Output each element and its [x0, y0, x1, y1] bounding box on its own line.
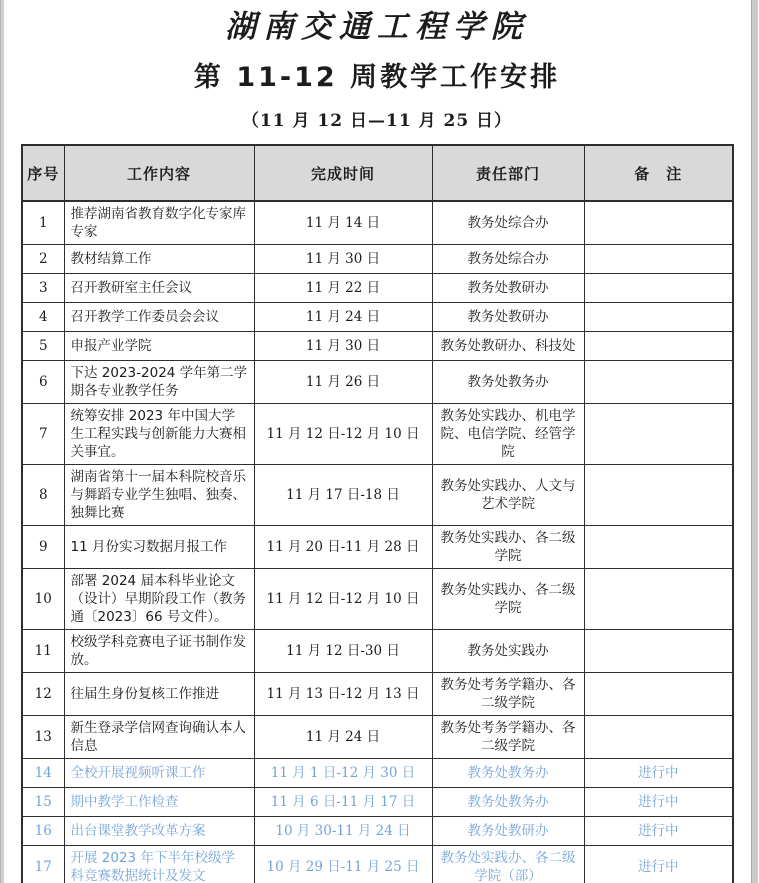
cell-content: 11 月份实习数据月报工作	[64, 526, 254, 569]
cell-content: 全校开展视频听课工作	[64, 759, 254, 788]
cell-content: 申报产业学院	[64, 332, 254, 361]
cell-no: 3	[22, 274, 64, 303]
school-name: 湖南交通工程学院	[4, 10, 750, 46]
cell-remark: 进行中	[584, 846, 733, 883]
cell-remark: 进行中	[584, 788, 733, 817]
table-row: 2 教材结算工作 11 月 30 日 教务处综合办	[22, 245, 733, 274]
cell-dept: 教务处实践办、各二级学院（部）	[432, 846, 584, 883]
cell-content: 部署 2024 届本科毕业论文（设计）早期阶段工作（教务通〔2023〕66 号文…	[64, 569, 254, 630]
cell-remark	[584, 274, 733, 303]
cell-remark	[584, 201, 733, 245]
table-header-row: 序号 工作内容 完成时间 责任部门 备 注	[22, 145, 733, 201]
cell-no: 14	[22, 759, 64, 788]
table-row: 11 校级学科竞赛电子证书制作发放。 11 月 12 日-30 日 教务处实践办	[22, 630, 733, 673]
cell-remark	[584, 630, 733, 673]
cell-time: 11 月 30 日	[254, 332, 432, 361]
cell-remark	[584, 569, 733, 630]
cell-time: 11 月 24 日	[254, 716, 432, 759]
table-row: 3 召开教研室主任会议 11 月 22 日 教务处教研办	[22, 274, 733, 303]
col-header-no: 序号	[22, 145, 64, 201]
cell-remark	[584, 465, 733, 526]
table-row: 17 开展 2023 年下半年校级学科竞赛数据统计及发文 10 月 29 日-1…	[22, 846, 733, 883]
cell-content: 出台课堂教学改革方案	[64, 817, 254, 846]
col-header-remark: 备 注	[584, 145, 733, 201]
cell-dept: 教务处教务办	[432, 759, 584, 788]
cell-no: 12	[22, 673, 64, 716]
cell-time: 11 月 12 日-12 月 10 日	[254, 404, 432, 465]
cell-no: 15	[22, 788, 64, 817]
cell-time: 10 月 30-11 月 24 日	[254, 817, 432, 846]
cell-no: 5	[22, 332, 64, 361]
cell-dept: 教务处实践办、机电学院、电信学院、经管学院	[432, 404, 584, 465]
document-page: 湖南交通工程学院 第 11-12 周教学工作安排 （11 月 12 日—11 月…	[4, 0, 750, 883]
cell-time: 11 月 12 日-12 月 10 日	[254, 569, 432, 630]
table-row: 10 部署 2024 届本科毕业论文（设计）早期阶段工作（教务通〔2023〕66…	[22, 569, 733, 630]
cell-content: 教材结算工作	[64, 245, 254, 274]
cell-dept: 教务处综合办	[432, 245, 584, 274]
cell-content: 往届生身份复核工作推进	[64, 673, 254, 716]
cell-dept: 教务处考务学籍办、各二级学院	[432, 716, 584, 759]
cell-dept: 教务处教研办	[432, 817, 584, 846]
cell-no: 9	[22, 526, 64, 569]
cell-dept: 教务处实践办、各二级学院	[432, 526, 584, 569]
cell-content: 开展 2023 年下半年校级学科竞赛数据统计及发文	[64, 846, 254, 883]
page-edge-right	[751, 0, 758, 883]
cell-time: 11 月 12 日-30 日	[254, 630, 432, 673]
table-row: 8 湖南省第十一届本科院校音乐与舞蹈专业学生独唱、独奏、独舞比赛 11 月 17…	[22, 465, 733, 526]
cell-no: 6	[22, 361, 64, 404]
table-row: 12 往届生身份复核工作推进 11 月 13 日-12 月 13 日 教务处考务…	[22, 673, 733, 716]
table-row: 7 统筹安排 2023 年中国大学生工程实践与创新能力大赛相关事宜。 11 月 …	[22, 404, 733, 465]
cell-time: 11 月 30 日	[254, 245, 432, 274]
cell-remark	[584, 716, 733, 759]
cell-time: 10 月 29 日-11 月 25 日	[254, 846, 432, 883]
cell-remark: 进行中	[584, 817, 733, 846]
cell-remark	[584, 526, 733, 569]
cell-no: 16	[22, 817, 64, 846]
cell-dept: 教务处实践办、各二级学院	[432, 569, 584, 630]
cell-content: 统筹安排 2023 年中国大学生工程实践与创新能力大赛相关事宜。	[64, 404, 254, 465]
cell-no: 17	[22, 846, 64, 883]
cell-dept: 教务处教研办	[432, 274, 584, 303]
cell-content: 召开教研室主任会议	[64, 274, 254, 303]
cell-time: 11 月 1 日-12 月 30 日	[254, 759, 432, 788]
cell-time: 11 月 26 日	[254, 361, 432, 404]
cell-content: 湖南省第十一届本科院校音乐与舞蹈专业学生独唱、独奏、独舞比赛	[64, 465, 254, 526]
cell-no: 11	[22, 630, 64, 673]
table-row: 15 期中教学工作检查 11 月 6 日-11 月 17 日 教务处教务办 进行…	[22, 788, 733, 817]
table-row: 16 出台课堂教学改革方案 10 月 30-11 月 24 日 教务处教研办 进…	[22, 817, 733, 846]
cell-remark	[584, 332, 733, 361]
table-row: 5 申报产业学院 11 月 30 日 教务处教研办、科技处	[22, 332, 733, 361]
table-row: 14 全校开展视频听课工作 11 月 1 日-12 月 30 日 教务处教务办 …	[22, 759, 733, 788]
table-row: 1 推荐湖南省教育数字化专家库专家 11 月 14 日 教务处综合办	[22, 201, 733, 245]
cell-no: 13	[22, 716, 64, 759]
page-title: 第 11-12 周教学工作安排	[4, 62, 750, 94]
table-row: 6 下达 2023-2024 学年第二学期各专业教学任务 11 月 26 日 教…	[22, 361, 733, 404]
table-row: 4 召开教学工作委员会会议 11 月 24 日 教务处教研办	[22, 303, 733, 332]
cell-no: 7	[22, 404, 64, 465]
cell-dept: 教务处教务办	[432, 361, 584, 404]
cell-remark	[584, 245, 733, 274]
cell-dept: 教务处综合办	[432, 201, 584, 245]
cell-no: 8	[22, 465, 64, 526]
cell-content: 下达 2023-2024 学年第二学期各专业教学任务	[64, 361, 254, 404]
col-header-content: 工作内容	[64, 145, 254, 201]
cell-remark	[584, 303, 733, 332]
cell-time: 11 月 13 日-12 月 13 日	[254, 673, 432, 716]
cell-remark	[584, 404, 733, 465]
date-range: （11 月 12 日—11 月 25 日）	[4, 106, 750, 131]
cell-dept: 教务处教研办、科技处	[432, 332, 584, 361]
cell-time: 11 月 6 日-11 月 17 日	[254, 788, 432, 817]
cell-time: 11 月 22 日	[254, 274, 432, 303]
cell-no: 4	[22, 303, 64, 332]
cell-time: 11 月 14 日	[254, 201, 432, 245]
cell-time: 11 月 24 日	[254, 303, 432, 332]
cell-remark	[584, 361, 733, 404]
document-header: 湖南交通工程学院 第 11-12 周教学工作安排 （11 月 12 日—11 月…	[4, 10, 750, 131]
col-header-dept: 责任部门	[432, 145, 584, 201]
cell-dept: 教务处实践办	[432, 630, 584, 673]
col-header-time: 完成时间	[254, 145, 432, 201]
cell-no: 1	[22, 201, 64, 245]
cell-remark: 进行中	[584, 759, 733, 788]
cell-no: 10	[22, 569, 64, 630]
cell-time: 11 月 20 日-11 月 28 日	[254, 526, 432, 569]
table-row: 13 新生登录学信网查询确认本人信息 11 月 24 日 教务处考务学籍办、各二…	[22, 716, 733, 759]
cell-remark	[584, 673, 733, 716]
cell-no: 2	[22, 245, 64, 274]
cell-content: 期中教学工作检查	[64, 788, 254, 817]
cell-dept: 教务处考务学籍办、各二级学院	[432, 673, 584, 716]
cell-dept: 教务处实践办、人文与艺术学院	[432, 465, 584, 526]
cell-content: 新生登录学信网查询确认本人信息	[64, 716, 254, 759]
cell-dept: 教务处教研办	[432, 303, 584, 332]
cell-content: 校级学科竞赛电子证书制作发放。	[64, 630, 254, 673]
table-row: 9 11 月份实习数据月报工作 11 月 20 日-11 月 28 日 教务处实…	[22, 526, 733, 569]
cell-content: 召开教学工作委员会会议	[64, 303, 254, 332]
cell-content: 推荐湖南省教育数字化专家库专家	[64, 201, 254, 245]
schedule-table: 序号 工作内容 完成时间 责任部门 备 注 1 推荐湖南省教育数字化专家库专家 …	[21, 144, 734, 883]
cell-time: 11 月 17 日-18 日	[254, 465, 432, 526]
cell-dept: 教务处教务办	[432, 788, 584, 817]
